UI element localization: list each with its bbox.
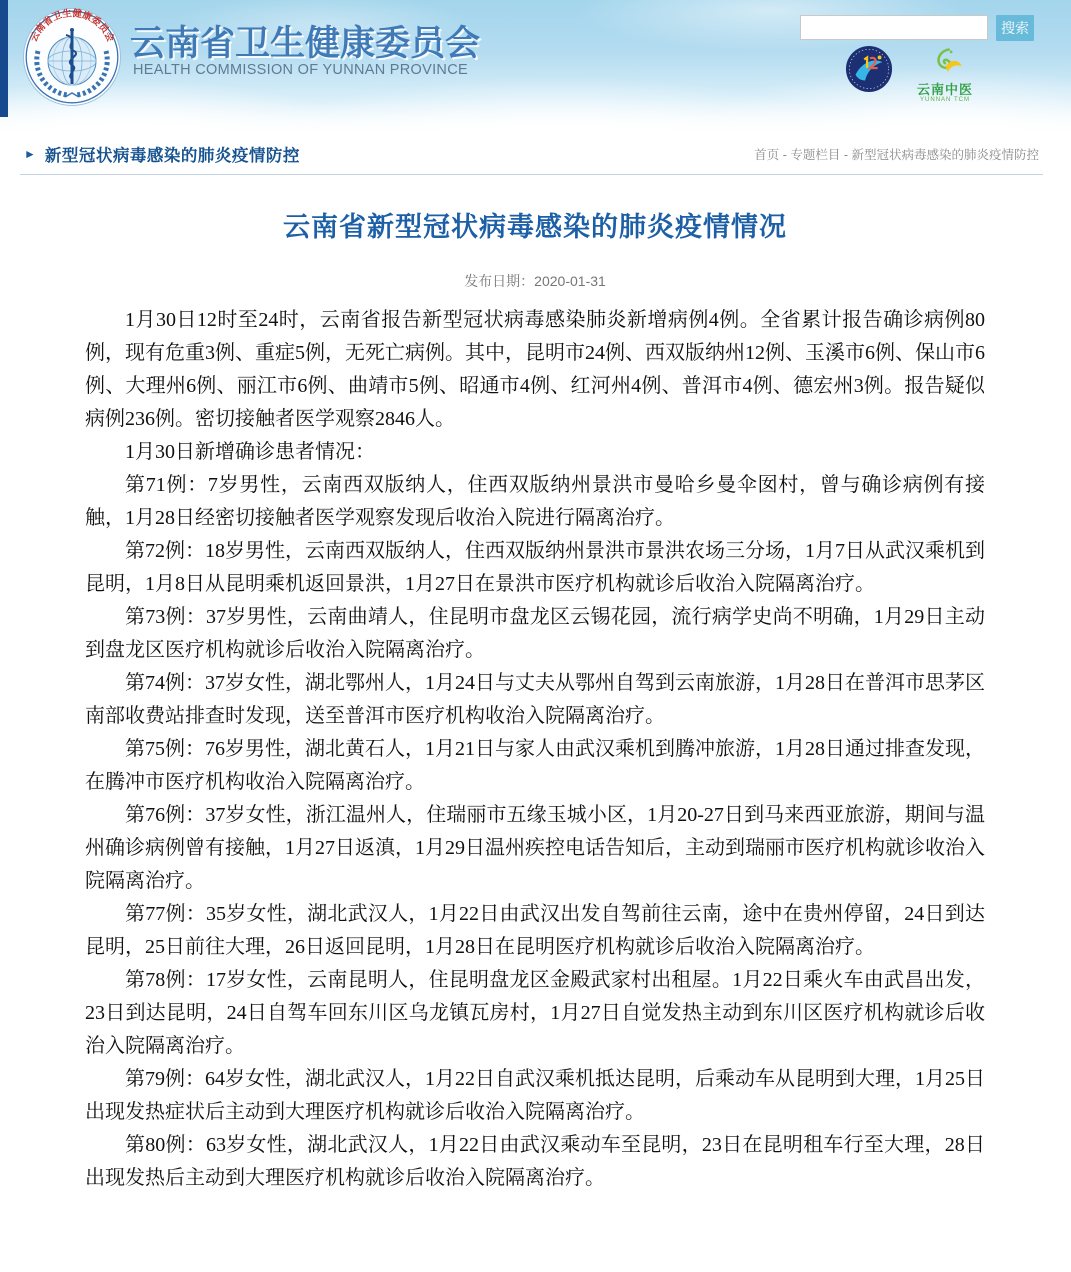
search-box — [800, 15, 988, 40]
tcm-sublabel: YUNNAN TCM — [910, 96, 980, 104]
article-paragraph: 第80例：63岁女性，湖北武汉人，1月22日由武汉乘动车至昆明，23日在昆明租车… — [85, 1129, 985, 1195]
site-title[interactable]: 云南省卫生健康委员会 — [130, 16, 480, 66]
yunnan-tcm-bird-icon — [926, 45, 964, 83]
health-hotline-badge-icon[interactable] — [845, 45, 893, 93]
article-paragraph: 1月30日12时至24时，云南省报告新型冠状病毒感染肺炎新增病例4例。全省累计报… — [85, 304, 985, 436]
article-paragraph: 第72例：18岁男性，云南西双版纳人，住西双版纳州景洪市景洪农场三分场，1月7日… — [85, 535, 985, 601]
article-title: 云南省新型冠状病毒感染的肺炎疫情情况 — [85, 205, 985, 244]
breadcrumb[interactable]: 首页 - 专题栏目 - 新型冠状病毒感染的肺炎疫情防控 — [754, 145, 1039, 163]
article-paragraph: 第71例：7岁男性，云南西双版纳人，住西双版纳州景洪市曼哈乡曼伞囡村，曾与确诊病… — [85, 469, 985, 535]
section-title-link[interactable]: 新型冠状病毒感染的肺炎疫情防控 — [45, 142, 300, 166]
article-paragraph: 第75例：76岁男性，湖北黄石人，1月21日与家人由武汉乘机到腾冲旅游，1月28… — [85, 733, 985, 799]
tcm-label: 云南中医 — [910, 83, 980, 96]
article-paragraph: 第77例：35岁女性，湖北武汉人，1月22日由武汉出发自驾前往云南，途中在贵州停… — [85, 898, 985, 964]
header-left-strip — [0, 0, 8, 117]
yunnan-tcm-logo[interactable]: 云南中医 YUNNAN TCM — [910, 45, 980, 104]
header-partner-logos: 云南中医 YUNNAN TCM — [845, 45, 980, 104]
site-subtitle: HEALTH COMMISSION OF YUNNAN PROVINCE — [133, 62, 468, 78]
nav-divider — [20, 174, 1043, 175]
publish-date: 发布日期：2020-01-31 — [85, 271, 985, 291]
article-container: 云南省新型冠状病毒感染的肺炎疫情情况 发布日期：2020-01-31 1月30日… — [85, 205, 985, 1217]
article-paragraph: 第79例：64岁女性，湖北武汉人，1月22日自武汉乘机抵达昆明，后乘动车从昆明到… — [85, 1063, 985, 1129]
article-paragraph: 第73例：37岁男性，云南曲靖人，住昆明市盘龙区云锡花园，流行病学史尚不明确，1… — [85, 601, 985, 667]
article-paragraph: 1月30日新增确诊患者情况： — [85, 436, 985, 469]
search-input[interactable] — [807, 16, 991, 39]
nav-arrow-icon: ► — [24, 143, 36, 165]
search-button[interactable]: 搜索 — [996, 15, 1034, 41]
health-commission-emblem-icon[interactable]: 云南省卫生健康委员会 — [22, 7, 122, 107]
article-body: 1月30日12时至24时，云南省报告新型冠状病毒感染肺炎新增病例4例。全省累计报… — [85, 304, 985, 1195]
article-paragraph: 第74例：37岁女性，湖北鄂州人，1月24日与丈夫从鄂州自驾到云南旅游，1月28… — [85, 667, 985, 733]
section-navbar: ► 新型冠状病毒感染的肺炎疫情防控 首页 - 专题栏目 - 新型冠状病毒感染的肺… — [0, 131, 1071, 175]
article-paragraph: 第76例：37岁女性，浙江温州人，住瑞丽市五缘玉城小区，1月20-27日到马来西… — [85, 799, 985, 898]
site-header-banner: 云南省卫生健康委员会 云南省卫生健康委员会 HEALTH COMMISSION … — [0, 0, 1071, 131]
article-paragraph: 第78例：17岁女性，云南昆明人，住昆明盘龙区金殿武家村出租屋。1月22日乘火车… — [85, 964, 985, 1063]
